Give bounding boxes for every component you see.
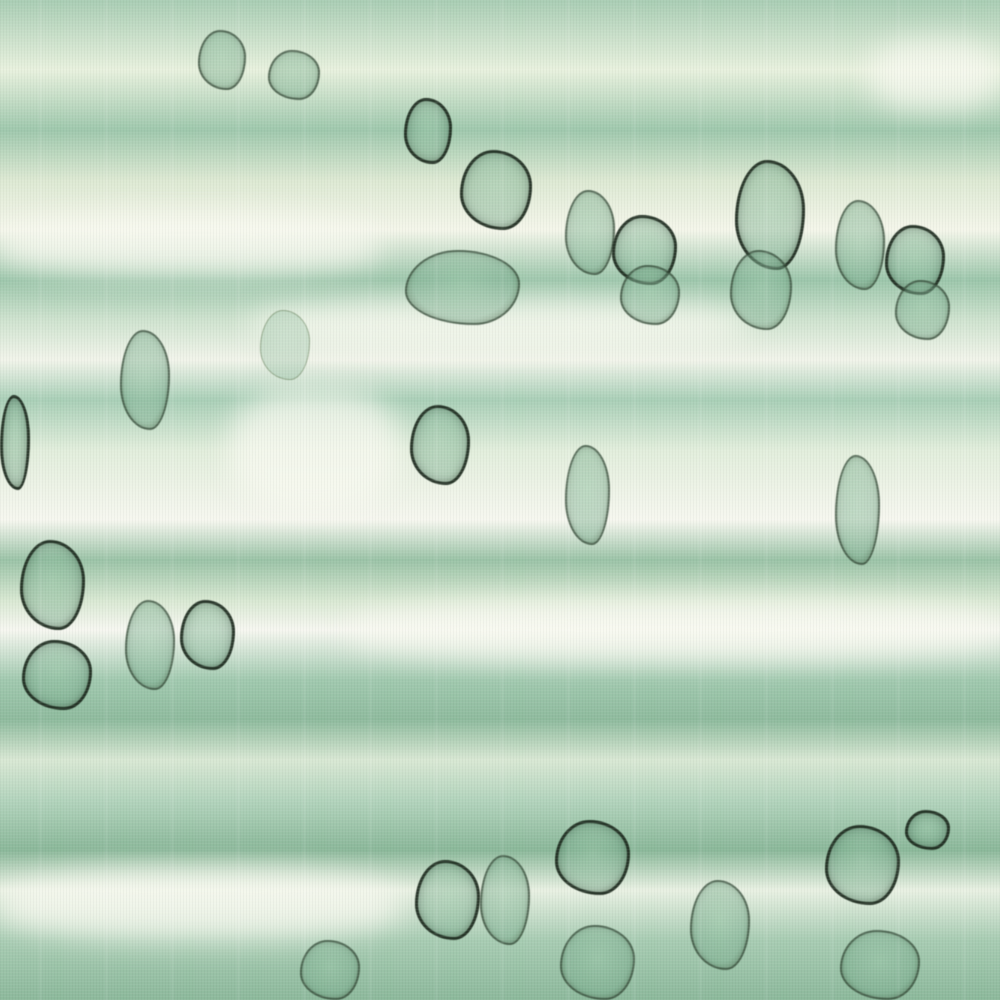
fabric-weave-overlay [0,0,1000,1000]
watercolor-fabric-texture [0,0,1000,1000]
